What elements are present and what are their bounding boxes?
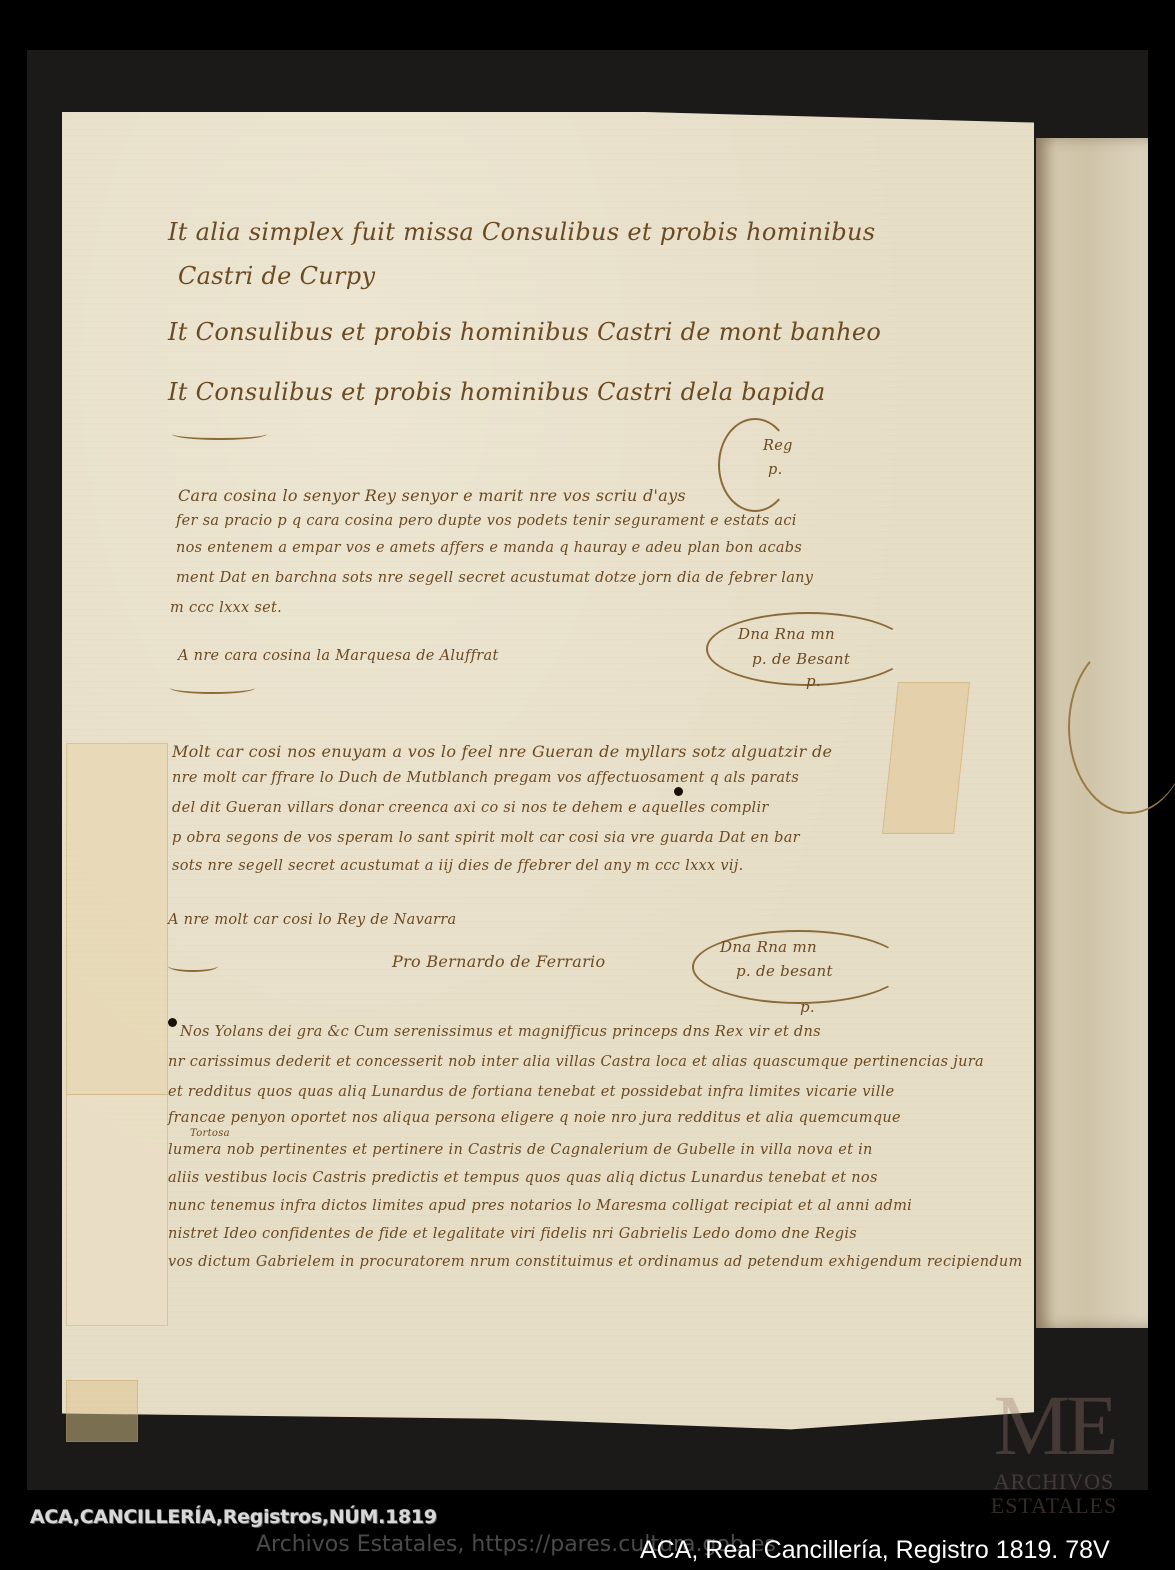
ink-dot	[674, 787, 683, 796]
logo-mark: ME	[960, 1380, 1148, 1470]
manuscript-line: fer sa pracio p q cara cosina pero dupte…	[176, 513, 797, 529]
signature-line: Dna Rna mn	[720, 938, 817, 956]
manuscript-line: Cara cosina lo senyor Rey senyor e marit…	[178, 486, 686, 505]
manuscript-line: ment Dat en barchna sots nre segell secr…	[176, 570, 813, 586]
section-flourish	[170, 682, 255, 694]
ink-dot	[168, 1018, 177, 1027]
manuscript-line: lumera nob pertinentes et pertinere in C…	[168, 1142, 873, 1158]
manuscript-line: aliis vestibus locis Castris predictis e…	[168, 1170, 878, 1186]
manuscript-line: It alia simplex fuit missa Consulibus et…	[168, 218, 875, 246]
paper-repair-patch	[66, 1380, 138, 1442]
signature-line: p. de Besant	[752, 650, 850, 668]
margin-note: Tortosa	[190, 1128, 230, 1139]
folio-reference-label: ACA, Real Cancillería, Registro 1819. 78…	[640, 1536, 1110, 1565]
signature-line: p. de besant	[736, 962, 833, 980]
manuscript-line: nunc tenemus infra dictos limites apud p…	[168, 1198, 912, 1214]
section-flourish	[168, 960, 218, 972]
signature-line: p.	[800, 998, 815, 1016]
manuscript-line: Nos Yolans dei gra &c Cum serenissimus e…	[180, 1024, 821, 1040]
manuscript-line: nr carissimus dederit et concesserit nob…	[168, 1054, 984, 1070]
manuscript-line: m ccc lxxx set.	[170, 600, 282, 616]
manuscript-line: sots nre segell secret acustumat a iij d…	[172, 858, 744, 874]
letter-address: A nre cara cosina la Marquesa de Aluffra…	[178, 648, 499, 664]
manuscript-line: Castri de Curpy	[178, 262, 375, 290]
manuscript-line: del dit Gueran villars donar creenca axi…	[172, 800, 769, 816]
seal-text: p.	[768, 462, 783, 478]
signature-line: Dna Rna mn	[738, 625, 835, 643]
manuscript-line: nos entenem a empar vos e amets affers e…	[176, 540, 802, 556]
manuscript-line: Molt car cosi nos enuyam a vos lo feel n…	[172, 742, 832, 761]
archive-reference-label: ACA,CANCILLERÍA,Registros,NÚM.1819	[30, 1506, 437, 1528]
manuscript-line: et redditus quos quas aliq Lunardus de f…	[168, 1084, 894, 1100]
logo-text: ARCHIVOS	[960, 1470, 1148, 1494]
section-flourish	[172, 428, 267, 440]
manuscript-line: It Consulibus et probis hominibus Castri…	[168, 318, 881, 346]
paper-repair-patch	[66, 1094, 168, 1326]
manuscript-line: It Consulibus et probis hominibus Castri…	[168, 378, 825, 406]
letter-address: A nre molt car cosi lo Rey de Navarra	[168, 912, 456, 928]
manuscript-line: p obra segons de vos speram lo sant spir…	[172, 830, 800, 846]
scribe-note: Pro Bernardo de Ferrario	[392, 952, 605, 971]
logo-text: ESTATALES	[960, 1494, 1148, 1518]
signature-line: p.	[806, 672, 821, 690]
manuscript-line: vos dictum Gabrielem in procuratorem nru…	[168, 1254, 1023, 1270]
manuscript-line: francae penyon oportet nos aliqua person…	[168, 1110, 901, 1126]
manuscript-line: nistret Ideo confidentes de fide et lega…	[168, 1226, 857, 1242]
manuscript-line: nre molt car ffrare lo Duch de Mutblanch…	[172, 770, 799, 786]
paper-repair-patch	[66, 743, 168, 1095]
seal-text: Reg	[763, 438, 793, 454]
